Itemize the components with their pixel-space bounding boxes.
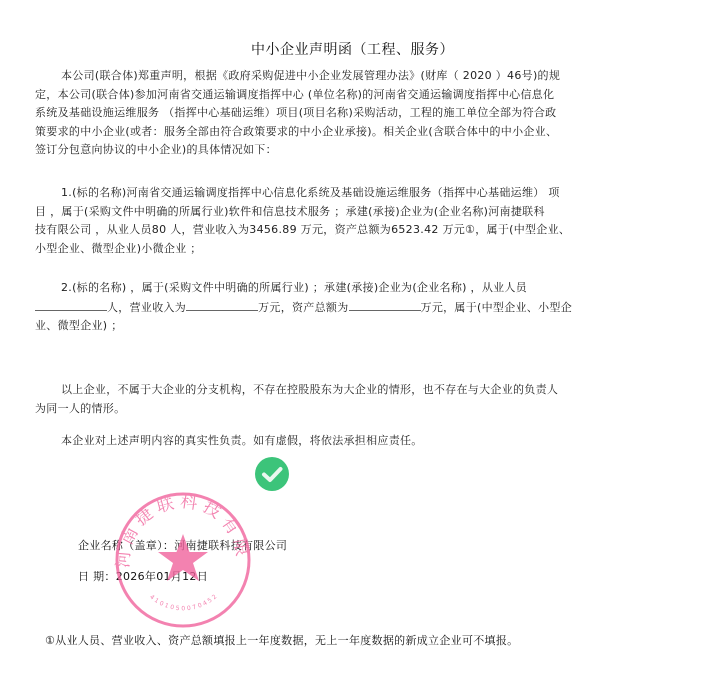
document-title: 中小企业声明函（工程、服务） [0,39,705,59]
item-2-line: 人，营业收入为万元，资产总额为万元，属于(中型企业、小型企 [35,298,635,318]
item-2-paragraph: 2.(标的名称) ，属于(采购文件中明确的所属行业) ；承建(承接)企业为(企业… [35,279,635,336]
intro-line: 定，本公司(联合体)参加河南省交通运输调度指挥中心 (单位名称)的河南省交通运输… [35,86,635,105]
item-2-line: 2.(标的名称) ，属于(采购文件中明确的所属行业) ；承建(承接)企业为(企业… [35,279,635,298]
intro-line: 签订分包意向协议的中小企业)的具体情况如下： [35,141,635,160]
check-circle-icon [255,457,289,491]
item-1-paragraph: 1.(标的名称)河南省交通运输调度指挥中心信息化系统及基础设施运维服务（指挥中心… [35,184,635,258]
employees-blank-field[interactable] [35,298,107,311]
assets-blank-field[interactable] [349,298,421,311]
svg-text:4101050070452: 4101050070452 [148,592,220,612]
item-2-line: 业、微型企业) ； [35,317,635,336]
revenue-blank-field[interactable] [186,298,258,311]
item-1-line: 目 ，属于(采购文件中明确的所属行业)软件和信息技术服务 ；承建(承接)企业为(… [35,203,635,222]
footnote: ①从业人员、营业收入、资产总额填报上一年度数据，无上一年度数据的新成立企业可不填… [45,632,518,648]
company-seal-stamp: 河南捷联科技有限公司 4101050070452 [108,490,258,630]
intro-line: 系统及基础设施运维服务 （指挥中心基础运维）项目(项目名称)采购活动，工程的施工… [35,104,635,123]
intro-line: 本公司(联合体)郑重声明，根据《政府采购促进中小企业发展管理办法》(财库（ 20… [35,67,635,86]
item-1-line: 1.(标的名称)河南省交通运输调度指挥中心信息化系统及基础设施运维服务（指挥中心… [35,184,635,203]
closing-paragraph-2: 本企业对上述声明内容的真实性负责。如有虚假，将依法承担相应责任。 [35,432,635,451]
intro-paragraph: 本公司(联合体)郑重声明，根据《政府采购促进中小企业发展管理办法》(财库（ 20… [35,67,635,160]
closing-paragraph-1: 以上企业，不属于大企业的分支机构，不存在控股股东为大企业的情形，也不存在与大企业… [35,381,635,418]
item-1-line: 技有限公司 ，从业人员80 人，营业收入为3456.89 万元，资产总额为652… [35,221,635,240]
intro-line: 策要求的中小企业(或者：服务全部由符合政策要求的中小企业承接)。相关企业(含联合… [35,123,635,142]
item-1-line: 小型企业、微型企业)小微企业 ； [35,240,635,259]
document-page: 中小企业声明函（工程、服务） 本公司(联合体)郑重声明，根据《政府采购促进中小企… [0,0,705,686]
